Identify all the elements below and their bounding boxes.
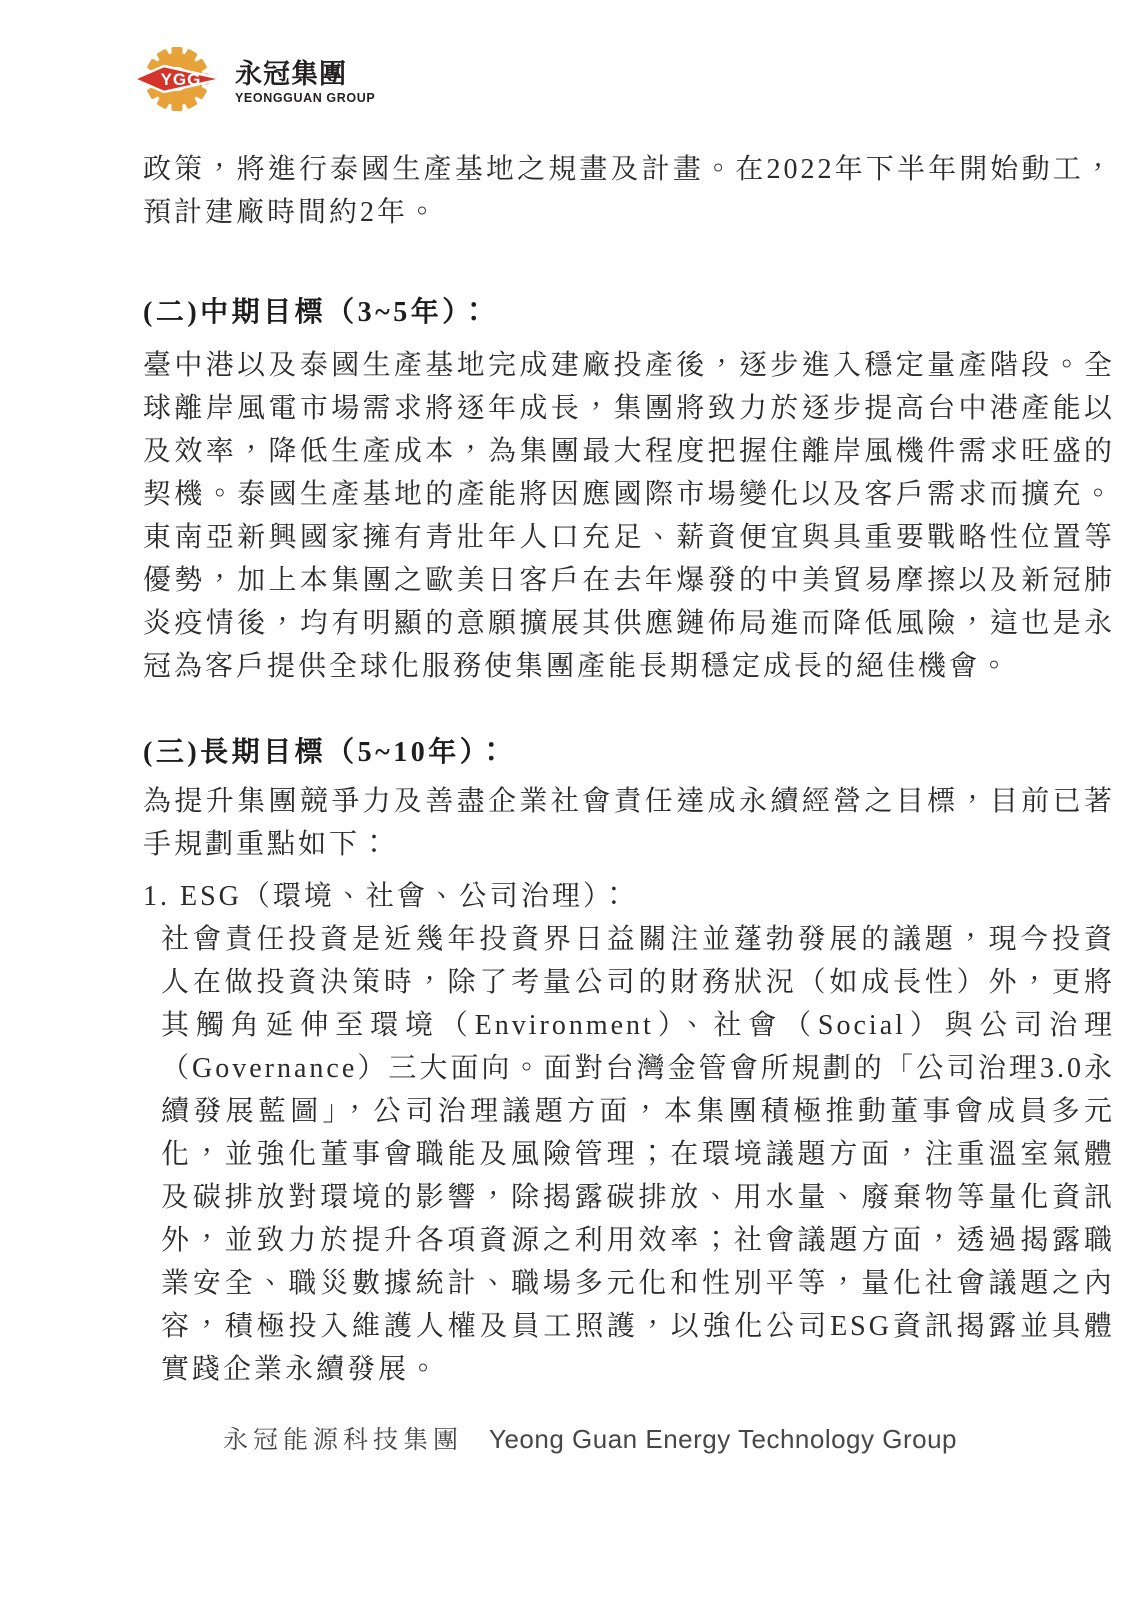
logo-company-name-en: YEONGGUAN GROUP (235, 91, 375, 105)
esg-item-paragraph: 社會責任投資是近幾年投資界日益關注並蓬勃發展的議題，現今投資人在做投資決策時，除… (161, 918, 1115, 1391)
ygg-badge-text: YGG (161, 70, 202, 89)
company-logo: YGG 永冠集團 YEONGGUAN GROUP (131, 44, 375, 116)
logo-names: 永冠集團 YEONGGUAN GROUP (235, 60, 375, 105)
logo-company-name-zh: 永冠集團 (235, 60, 375, 88)
ygg-gear-logo-icon: YGG (131, 44, 225, 116)
footer-company-name-zh: 永冠能源科技集團 (223, 1420, 463, 1456)
long-term-intro-paragraph: 為提升集團競爭力及善盡企業社會責任達成永續經營之目標，目前已著手規劃重點如下： (143, 780, 1115, 866)
page-footer: 永冠能源科技集團 Yeong Guan Energy Technology Gr… (0, 1420, 1126, 1456)
esg-item-label: 1. ESG（環境、社會、公司治理）： (143, 875, 1115, 918)
footer-company-name-en: Yeong Guan Energy Technology Group (489, 1424, 957, 1455)
intro-paragraph: 政策，將進行泰國生產基地之規畫及計畫。在2022年下半年開始動工，預計建廠時間約… (143, 148, 1115, 234)
section-heading-mid-term: (二)中期目標（3~5年）： (143, 296, 491, 330)
mid-term-paragraph: 臺中港以及泰國生產基地完成建廠投產後，逐步進入穩定量產階段。全球離岸風電市場需求… (143, 344, 1115, 688)
document-page: YGG 永冠集團 YEONGGUAN GROUP 政策，將進行泰國生產基地之規畫… (0, 0, 1126, 1600)
section-heading-long-term: (三)長期目標（5~10年）： (143, 736, 509, 770)
